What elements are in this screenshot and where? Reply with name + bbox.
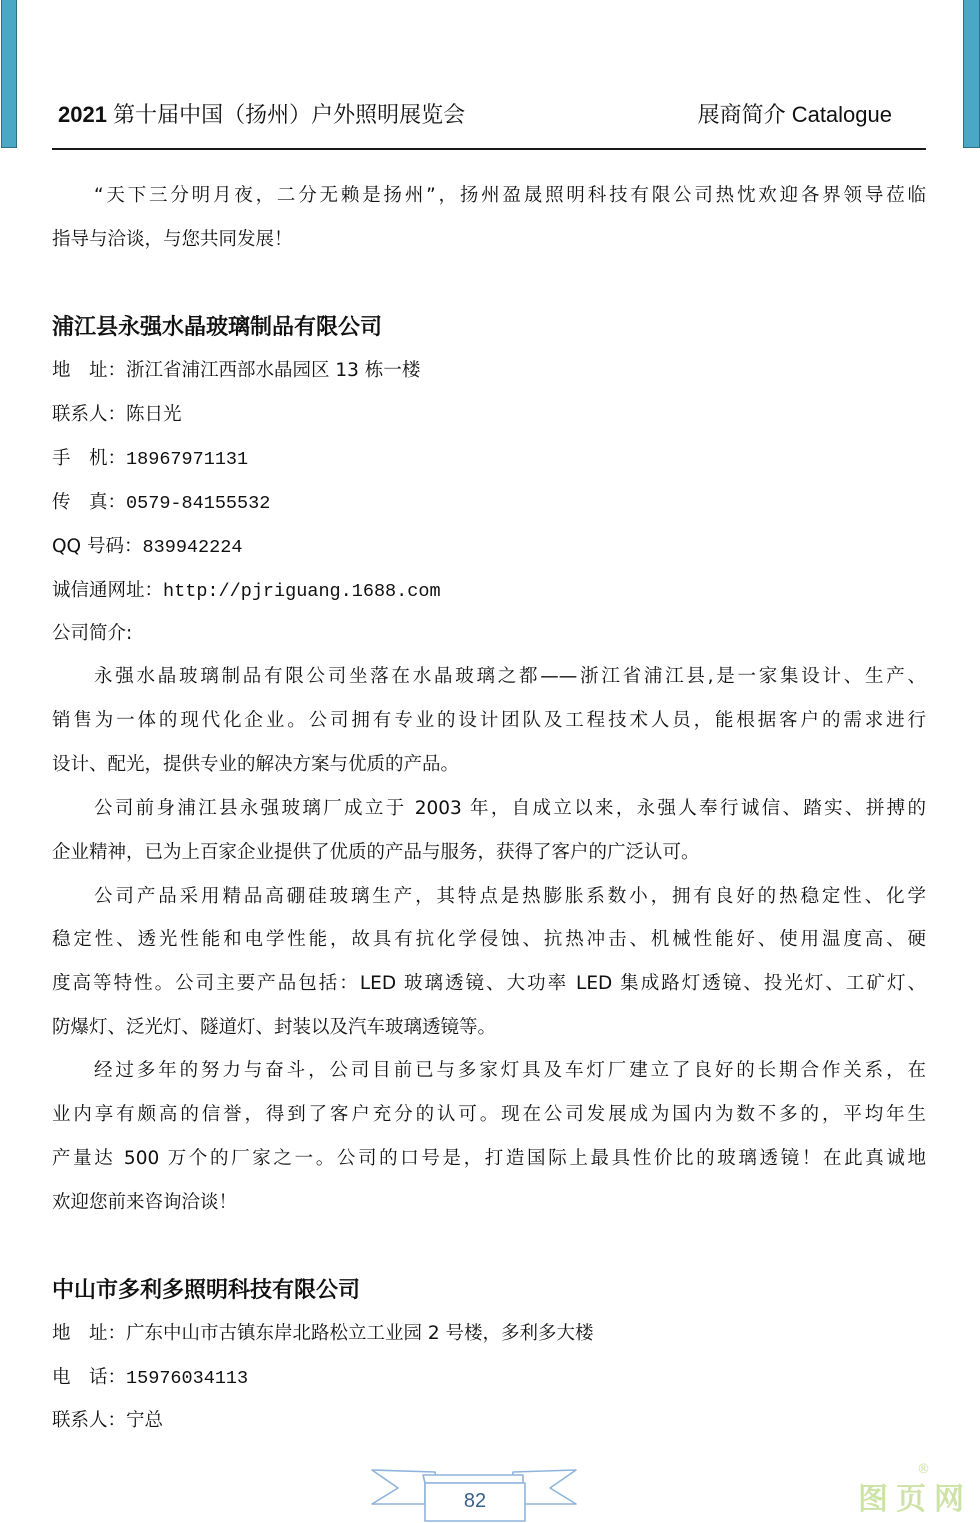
field-value: 18967971131 [126,449,248,470]
profile-line: 产量达 500 万个的厂家之一。公司的口号是，打造国际上最具性价比的玻璃透镜！在… [52,1145,926,1173]
intro-line: 指导与洽谈，与您共同发展！ [52,226,926,254]
right-edge-tab [963,0,980,148]
field-label: 地 址： [52,1323,126,1344]
field-address: 地 址：浙江省浦江西部水晶园区 13 栋一楼 [52,357,926,385]
profile-line: 销售为一体的现代化企业。公司拥有专业的设计团队及工程技术人员，能根据客户的需求进… [52,707,926,735]
profile-line: 企业精神，已为上百家企业提供了优质的产品与服务，获得了客户的广泛认可。 [52,839,926,867]
field-mobile: 手 机：18967971131 [52,445,926,474]
exhibition-title: 2021 第十届中国（扬州）户外照明展览会 [58,98,465,132]
profile-label: 公司简介: [52,620,926,648]
profile-line: 设计、配光，提供专业的解决方案与优质的产品。 [52,751,926,779]
field-fax: 传 真：0579-84155532 [52,489,926,518]
company-name: 中山市多利多照明科技有限公司 [52,1276,360,1306]
field-value: 839942224 [143,537,243,558]
profile-line: 防爆灯、泛光灯、隧道灯、封装以及汽车玻璃透镜等。 [52,1014,926,1042]
field-contact: 联系人：宁总 [52,1407,926,1435]
registered-mark-icon: ® [917,1462,930,1477]
page-number: 82 [425,1483,525,1519]
header-divider [52,148,926,150]
field-label: 手 机： [52,448,126,469]
field-contact: 联系人：陈日光 [52,401,926,429]
company-name: 浦江县永强水晶玻璃制品有限公司 [52,313,382,343]
website-link[interactable]: http://pjriguang.1688.com [163,581,441,602]
page-header: 2021 第十届中国（扬州）户外照明展览会 展商简介 Catalogue [58,98,898,132]
field-value: 宁总 [126,1410,163,1431]
field-address: 地 址：广东中山市古镇东岸北路松立工业园 2 号楼，多利多大楼 [52,1320,926,1348]
profile-line: 公司前身浦江县永强玻璃厂成立于 2003 年，自成立以来，永强人奉行诚信、踏实、… [52,795,926,823]
field-label: 联系人： [52,404,126,425]
watermark-text: 图页网 [858,1482,972,1517]
field-website: 诚信通网址：http://pjriguang.1688.com [52,577,926,606]
header-title: 第十届中国（扬州）户外照明展览会 [107,102,465,127]
profile-line: 永强水晶玻璃制品有限公司坐落在水晶玻璃之都——浙江省浦江县,是一家集设计、生产、 [52,663,926,691]
field-value: 0579-84155532 [126,493,270,514]
profile-line: 稳定性、透光性能和电学性能，故具有抗化学侵蚀、抗热冲击、机械性能好、使用温度高、… [52,926,926,954]
field-value: 陈日光 [126,404,182,425]
section-title: 展商简介 Catalogue [698,98,892,132]
field-value: 15976034113 [126,1368,248,1389]
field-value: 广东中山市古镇东岸北路松立工业园 2 号楼，多利多大楼 [126,1323,594,1344]
field-phone: 电 话：15976034113 [52,1364,926,1393]
profile-line: 经过多年的努力与奋斗，公司目前已与多家灯具及车灯厂建立了良好的长期合作关系，在 [52,1057,926,1085]
watermark-logo: 图页网 ® [858,1474,972,1518]
field-label: 诚信通网址： [52,580,163,601]
field-label: QQ 号码： [52,536,143,557]
profile-line: 度高等特性。公司主要产品包括：LED 玻璃透镜、大功率 LED 集成路灯透镜、投… [52,970,926,998]
intro-line: “天下三分明月夜，二分无赖是扬州”，扬州盈晟照明科技有限公司热忱欢迎各界领导莅临 [52,182,926,210]
field-value: 浙江省浦江西部水晶园区 13 栋一楼 [126,360,420,381]
field-qq: QQ 号码：839942224 [52,533,926,562]
left-edge-tab [1,0,17,148]
profile-line: 公司产品采用精品高硼硅玻璃生产，其特点是热膨胀系数小，拥有良好的热稳定性、化学 [52,883,926,911]
field-label: 电 话： [52,1367,126,1388]
profile-line: 业内享有颇高的信誉，得到了客户充分的认可。现在公司发展成为国内为数不多的，平均年… [52,1101,926,1129]
field-label: 地 址： [52,360,126,381]
profile-line: 欢迎您前来咨询洽谈！ [52,1189,926,1217]
field-label: 传 真： [52,492,126,513]
header-year: 2021 [58,102,107,127]
field-label: 联系人： [52,1410,126,1431]
